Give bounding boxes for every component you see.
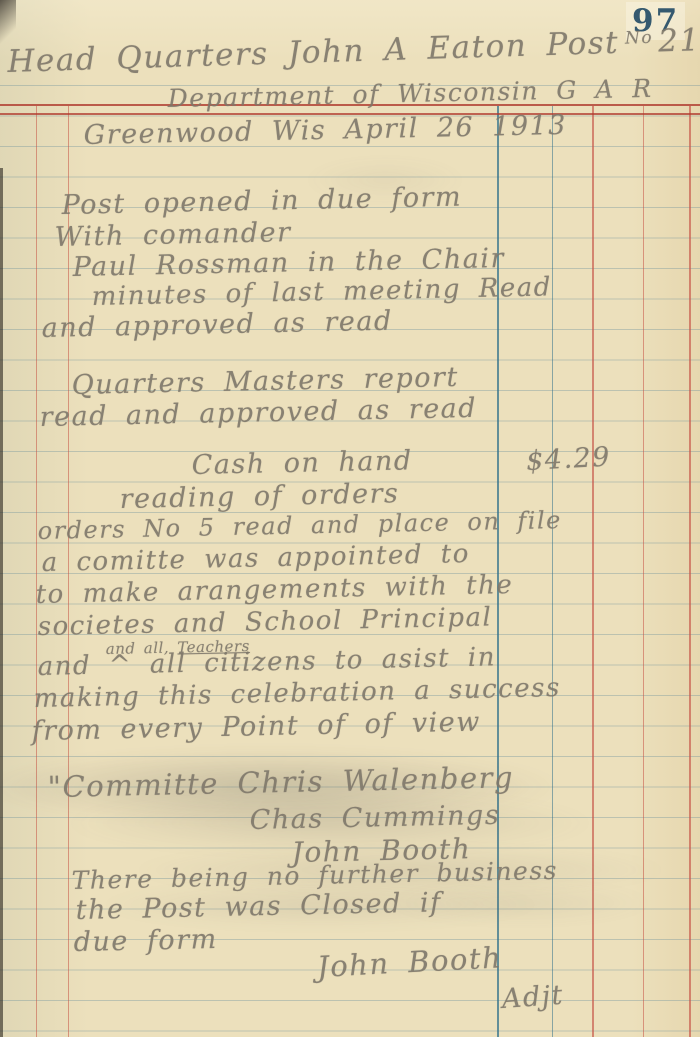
signature-title: Adjt bbox=[501, 980, 565, 1015]
scan-edge-left bbox=[0, 168, 3, 1037]
column-line-teal-2 bbox=[552, 106, 553, 1037]
cash-label: Cash on hand bbox=[191, 445, 413, 481]
ledger-page: 97 Head Quarters John A Eaton PostNo213 … bbox=[0, 0, 700, 1037]
heading-no-abbrev: No bbox=[625, 27, 654, 48]
scan-corner-top-left bbox=[0, 0, 16, 48]
left-margin-line-1 bbox=[36, 106, 37, 1037]
closing-line: due form bbox=[73, 924, 218, 958]
money-column-line-1 bbox=[592, 106, 594, 1037]
committee-line: Chas Cummings bbox=[249, 800, 500, 836]
money-column-line-3 bbox=[689, 106, 691, 1037]
money-column-line-2 bbox=[643, 106, 644, 1037]
cash-amount: $4.29 bbox=[525, 442, 611, 477]
heading-post-number: 213 bbox=[658, 22, 700, 60]
